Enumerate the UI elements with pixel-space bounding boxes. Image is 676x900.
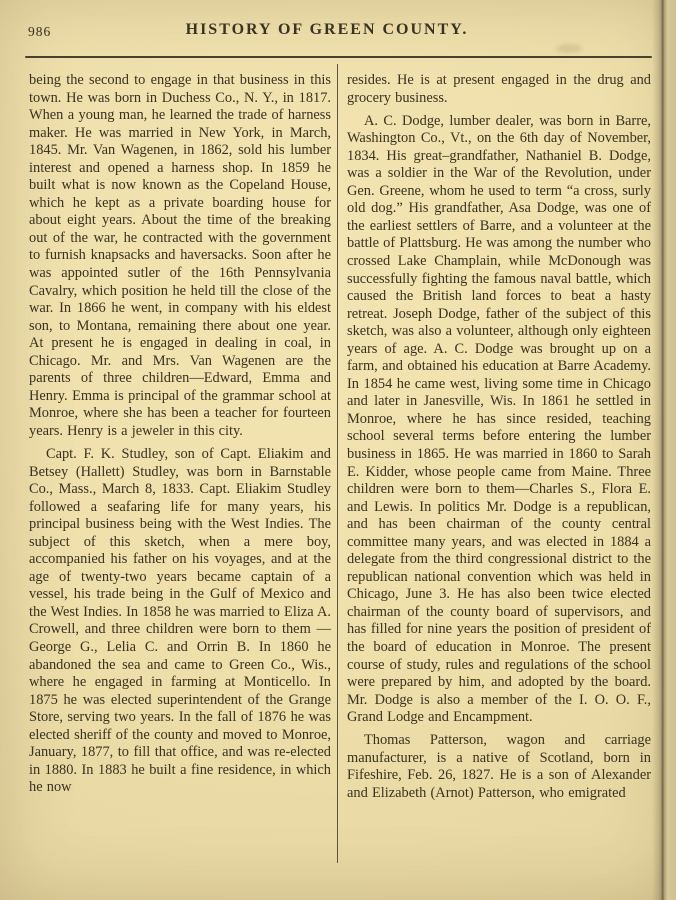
page-header: 986 HISTORY OF GREEN COUNTY.: [28, 21, 626, 43]
page-number: 986: [28, 24, 51, 40]
running-header: HISTORY OF GREEN COUNTY.: [28, 21, 626, 39]
header-rule: [25, 56, 652, 58]
left-column: being the second to engage in that busin…: [29, 72, 331, 797]
right-column: resides. He is at present engaged in the…: [347, 72, 651, 802]
paragraph: Capt. F. K. Studley, son of Capt. Eliaki…: [29, 446, 331, 797]
paragraph: A. C. Dodge, lumber dealer, was born in …: [347, 113, 651, 727]
paragraph: Thomas Patterson, wagon and carriage man…: [347, 732, 651, 802]
paper-smudge: [556, 44, 582, 53]
book-page: 986 HISTORY OF GREEN COUNTY. being the s…: [0, 0, 676, 900]
paragraph: resides. He is at present engaged in the…: [347, 72, 651, 107]
book-edge: [652, 0, 676, 900]
paragraph: being the second to engage in that busin…: [29, 72, 331, 440]
column-divider: [337, 64, 338, 863]
